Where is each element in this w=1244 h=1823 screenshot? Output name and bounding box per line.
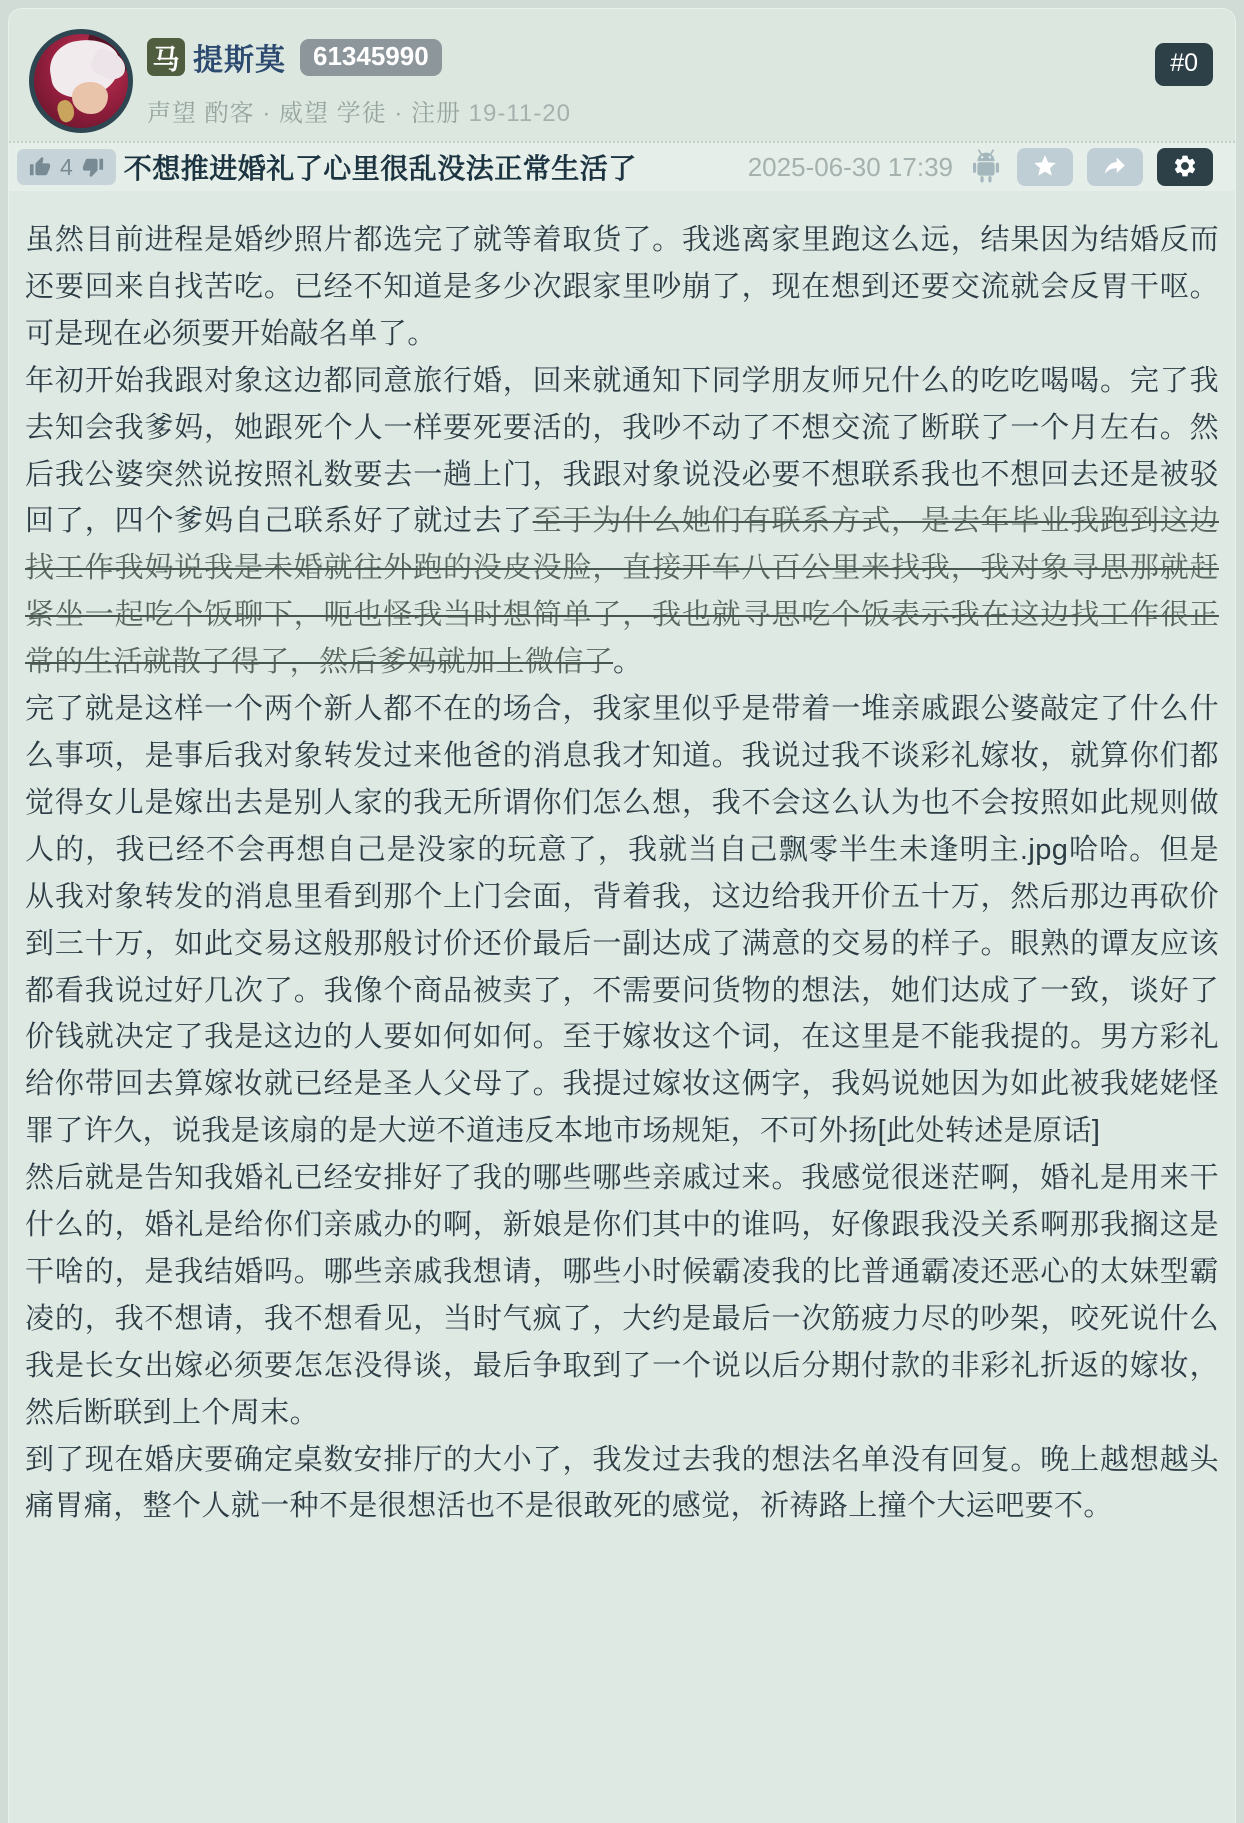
settings-button[interactable] [1157, 148, 1213, 186]
post-paragraph: 年初开始我跟对象这边都同意旅行婚，回来就通知下同学朋友师兄什么的吃吃喝喝。完了我… [25, 358, 1219, 686]
post-paragraph: 然后就是告知我婚礼已经安排好了我的哪些哪些亲戚过来。我感觉很迷茫啊，婚礼是用来干… [25, 1155, 1219, 1436]
floor-badge[interactable]: #0 [1155, 43, 1213, 86]
paragraph-text: 到了现在婚庆要确定桌数安排厅的大小了，我发过去我的想法名单没有回复。晚上越想越头… [25, 1444, 1219, 1523]
paragraph-text: 。 [613, 646, 642, 678]
uid-badge[interactable]: 61345990 [300, 39, 442, 76]
post-timestamp: 2025-06-30 17:39 [748, 152, 953, 183]
title-bar: 4 不想推进婚礼了心里很乱没法正常生活了 2025-06-30 17:39 [9, 141, 1235, 191]
avatar-art [72, 82, 108, 114]
username-badge: 马 [147, 38, 185, 76]
user-meta: 声望 酌客 · 威望 学徒 · 注册 19-11-20 [147, 93, 1213, 128]
share-icon [1101, 153, 1129, 182]
post-title: 不想推进婚礼了心里很乱没法正常生活了 [124, 147, 748, 187]
user-avatar[interactable] [29, 29, 133, 133]
post-header: 马 提斯莫 61345990 声望 酌客 · 威望 学徒 · 注册 19-11-… [9, 9, 1235, 141]
username[interactable]: 提斯莫 [193, 35, 286, 79]
user-info: 马 提斯莫 61345990 声望 酌客 · 威望 学徒 · 注册 19-11-… [147, 29, 1213, 128]
favorite-button[interactable] [1017, 148, 1073, 186]
gear-icon [1172, 153, 1198, 182]
post-card: 马 提斯莫 61345990 声望 酌客 · 威望 学徒 · 注册 19-11-… [8, 8, 1236, 1823]
android-icon [969, 149, 1003, 185]
share-button[interactable] [1087, 148, 1143, 186]
thumb-down-icon[interactable] [82, 156, 104, 178]
paragraph-text: 虽然目前进程是婚纱照片都选完了就等着取货了。我逃离家里跑这么远，结果因为结婚反而… [25, 224, 1219, 350]
page-background: 马 提斯莫 61345990 声望 酌客 · 威望 学徒 · 注册 19-11-… [0, 0, 1244, 1823]
star-icon [1032, 153, 1058, 182]
register-date: 19-11-20 [469, 100, 571, 127]
paragraph-text: 然后就是告知我婚礼已经安排好了我的哪些哪些亲戚过来。我感觉很迷茫啊，婚礼是用来干… [25, 1162, 1219, 1429]
paragraph-text: 完了就是这样一个两个新人都不在的场合，我家里似乎是带着一堆亲戚跟公婆敲定了什么什… [25, 693, 1219, 1147]
post-paragraph: 虽然目前进程是婚纱照片都选完了就等着取货了。我逃离家里跑这么远，结果因为结婚反而… [25, 217, 1219, 358]
post-paragraph: 到了现在婚庆要确定桌数安排厅的大小了，我发过去我的想法名单没有回复。晚上越想越头… [25, 1437, 1219, 1531]
post-body: 虽然目前进程是婚纱照片都选完了就等着取货了。我逃离家里跑这么远，结果因为结婚反而… [9, 191, 1235, 1560]
vote-widget: 4 [17, 149, 116, 185]
post-paragraph: 完了就是这样一个两个新人都不在的场合，我家里似乎是带着一堆亲戚跟公婆敲定了什么什… [25, 686, 1219, 1155]
thumb-up-icon[interactable] [29, 156, 51, 178]
title-bar-actions: 2025-06-30 17:39 [748, 148, 1213, 186]
user-meta-text: 声望 酌客 · 威望 学徒 · 注册 [147, 100, 469, 127]
vote-count: 4 [60, 154, 73, 181]
